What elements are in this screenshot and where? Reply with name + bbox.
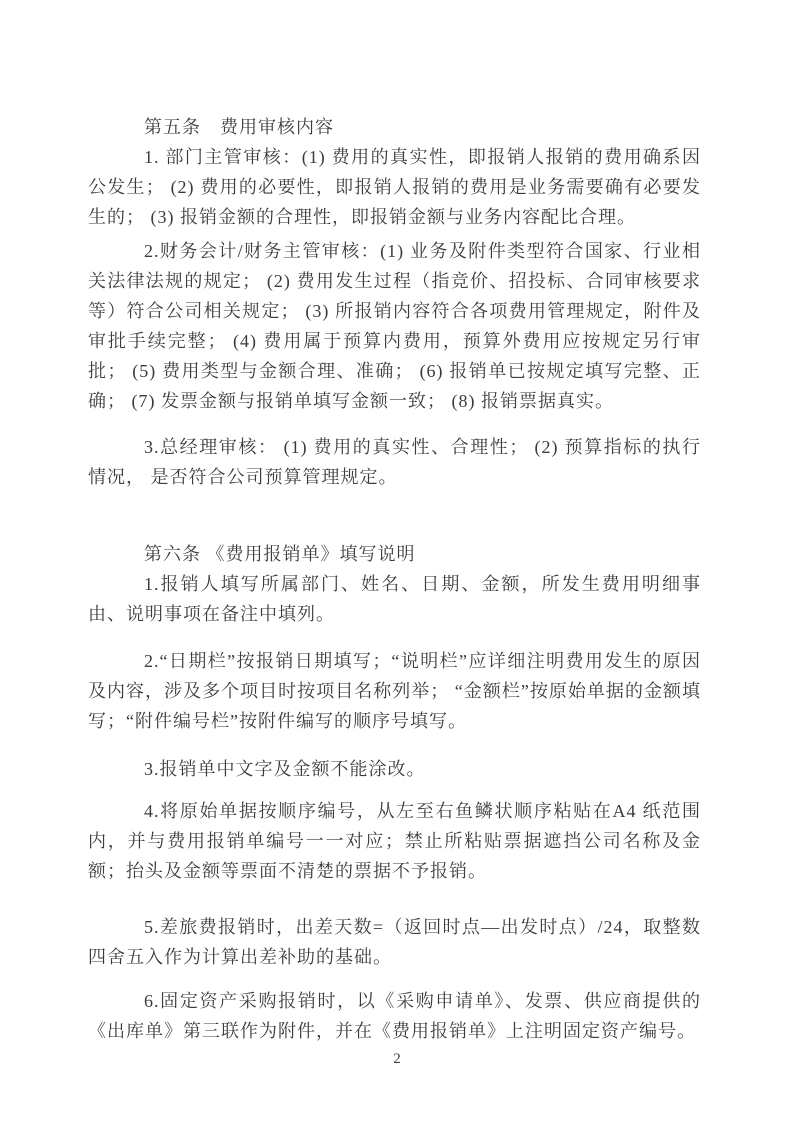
article-6-heading: 第六条 《费用报销单》填写说明 <box>88 539 701 569</box>
document-page: 第五条 费用审核内容 1. 部门主管审核：(1) 费用的真实性，即报销人报销的费… <box>0 0 794 1122</box>
article-6-clause-2: 2.“日期栏”按报销日期填写；“说明栏”应详细注明费用发生的原因及内容，涉及多个… <box>88 646 701 736</box>
article-6-clause-1: 1.报销人填写所属部门、姓名、日期、金额，所发生费用明细事由、说明事项在备注中填… <box>88 569 701 629</box>
article-5-clause-3: 3.总经理审核： (1) 费用的真实性、合理性； (2) 预算指标的执行情况， … <box>88 432 701 492</box>
article-5-clause-1: 1. 部门主管审核：(1) 费用的真实性，即报销人报销的费用确系因公发生； (2… <box>88 142 701 232</box>
document-text-block: 第五条 费用审核内容 1. 部门主管审核：(1) 费用的真实性，即报销人报销的费… <box>88 112 701 1046</box>
article-6-clause-4: 4.将原始单据按顺序编号，从左至右鱼鳞状顺序粘贴在A4 纸范围内，并与费用报销单… <box>88 796 701 886</box>
article-6-clause-6: 6.固定资产采购报销时，以《采购申请单》、发票、供应商提供的《出库单》第三联作为… <box>88 986 701 1046</box>
article-6-clause-5: 5.差旅费报销时，出差天数=（返回时点—出发时点）/24，取整数四舍五入作为计算… <box>88 912 701 972</box>
article-5-clause-2: 2.财务会计/财务主管审核：(1) 业务及附件类型符合国家、行业相关法律法规的规… <box>88 236 701 416</box>
page-number: 2 <box>0 1048 794 1070</box>
article-5-heading: 第五条 费用审核内容 <box>88 112 701 142</box>
article-6-clause-3: 3.报销单中文字及金额不能涂改。 <box>88 754 701 784</box>
